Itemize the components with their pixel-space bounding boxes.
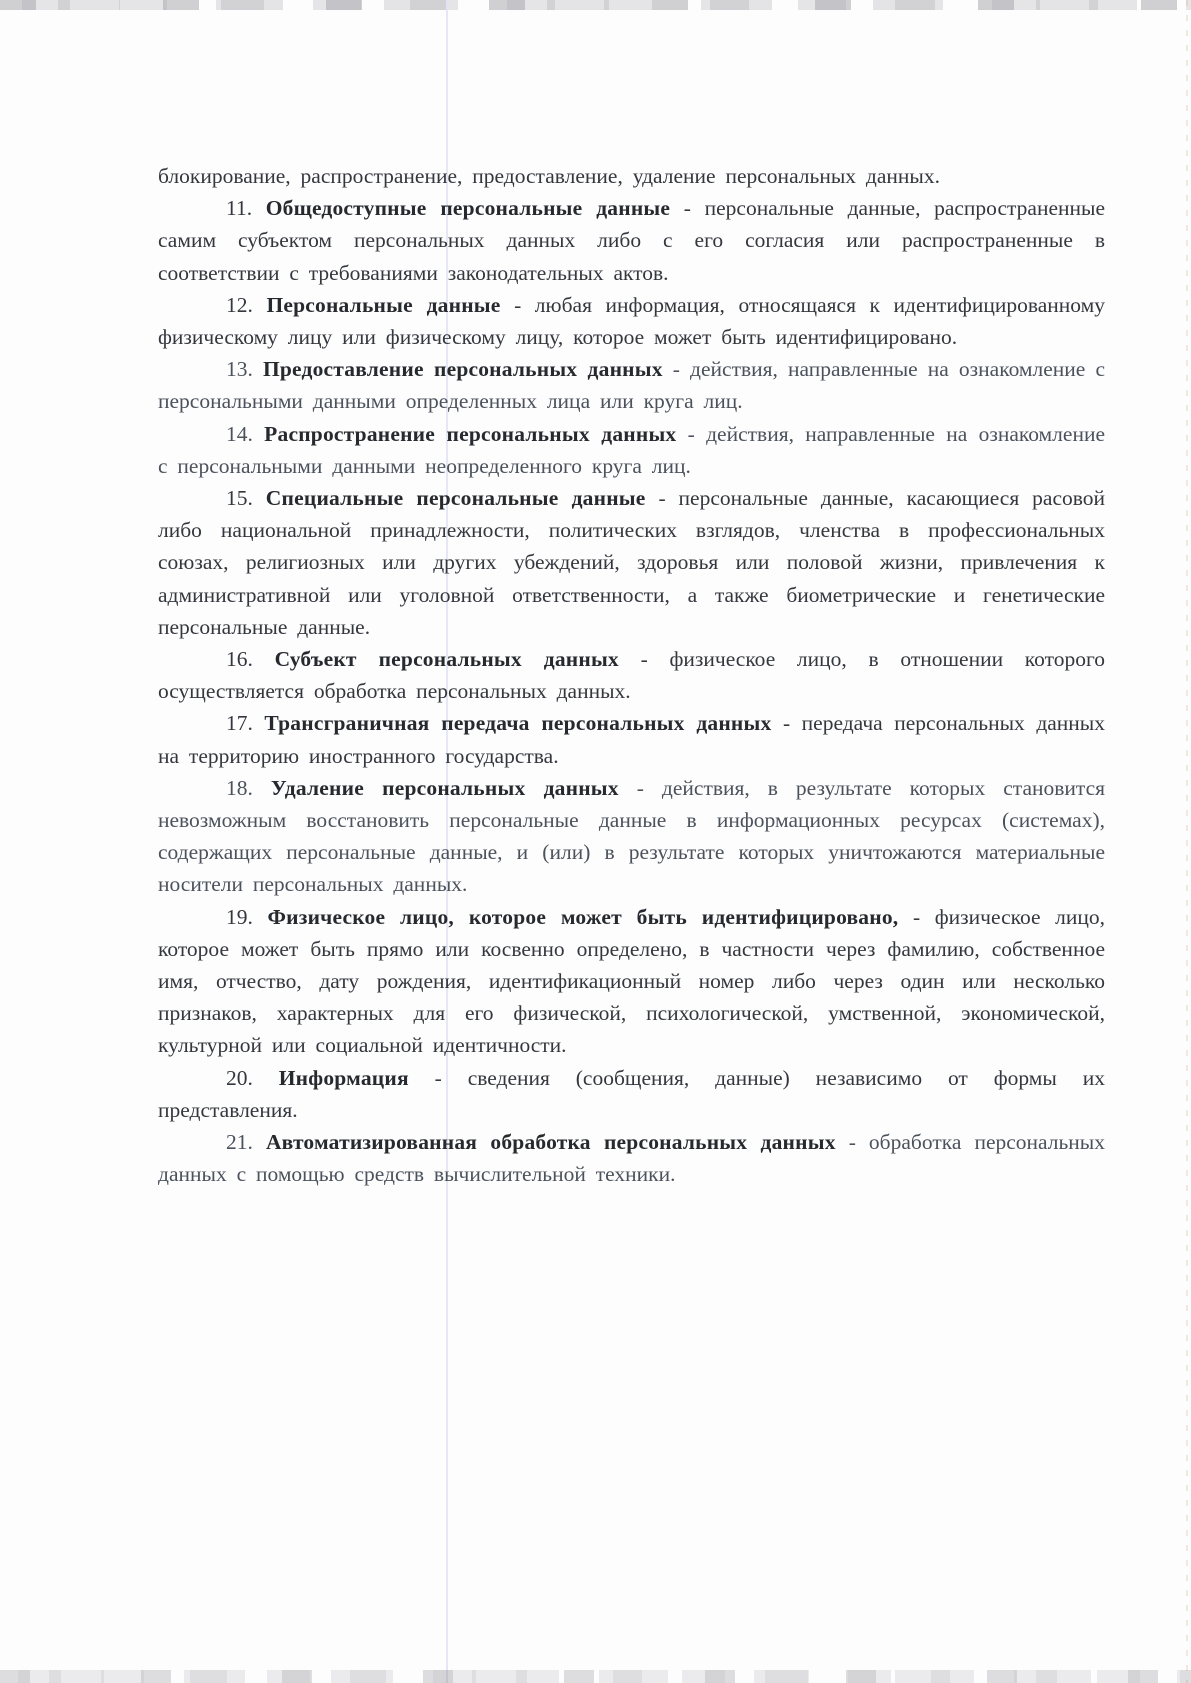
paragraph-3: 13. Предоставление персональных данных -… [158,353,1105,417]
paragraph-text: 12. [226,293,266,317]
paragraph-7: 17. Трансграничная передача персональных… [158,707,1105,771]
defined-term: Автоматизированная обработка персональны… [266,1130,836,1154]
paragraph-text: 14. [226,422,264,446]
paragraph-11: 21. Автоматизированная обработка персона… [158,1126,1105,1190]
paragraph-2: 12. Персональные данные - любая информац… [158,289,1105,353]
defined-term: Информация [279,1066,409,1090]
paragraph-text: 13. [226,357,263,381]
defined-term: Физическое лицо, которое может быть иден… [267,905,898,929]
defined-term: Предоставление персональных данных [263,357,663,381]
scanned-document-page: блокирование, распространение, предостав… [0,0,1191,1683]
paragraph-text: 15. [226,486,266,510]
paragraph-text: 21. [226,1130,266,1154]
paragraph-text: блокирование, распространение, предостав… [158,164,940,188]
paragraph-6: 16. Субъект персональных данных - физиче… [158,643,1105,707]
defined-term: Субъект персональных данных [275,647,619,671]
paragraph-10: 20. Информация - сведения (сообщения, да… [158,1062,1105,1126]
paragraph-8: 18. Удаление персональных данных - дейст… [158,772,1105,901]
paragraph-text: 11. [226,196,266,220]
paragraph-text: 18. [226,776,271,800]
defined-term: Удаление персональных данных [271,776,619,800]
defined-term: Трансграничная передача персональных дан… [264,711,771,735]
paragraph-9: 19. Физическое лицо, которое может быть … [158,901,1105,1062]
paragraph-text: 20. [226,1066,279,1090]
defined-term: Специальные персональные данные [266,486,646,510]
document-body: блокирование, распространение, предостав… [158,160,1105,1191]
scan-artifact-vertical-line-right [1186,0,1188,1683]
paragraph-0: блокирование, распространение, предостав… [158,160,1105,192]
defined-term: Персональные данные [266,293,500,317]
paragraph-4: 14. Распространение персональных данных … [158,418,1105,482]
paragraph-1: 11. Общедоступные персональные данные - … [158,192,1105,289]
scan-artifact-bottom-edge [0,1670,1191,1683]
defined-term: Общедоступные персональные данные [266,196,670,220]
paragraph-text: 19. [226,905,267,929]
defined-term: Распространение персональных данных [264,422,676,446]
scan-artifact-top-edge [0,0,1191,10]
paragraph-text: 17. [226,711,264,735]
paragraph-text: 16. [226,647,275,671]
paragraph-5: 15. Специальные персональные данные - пе… [158,482,1105,643]
